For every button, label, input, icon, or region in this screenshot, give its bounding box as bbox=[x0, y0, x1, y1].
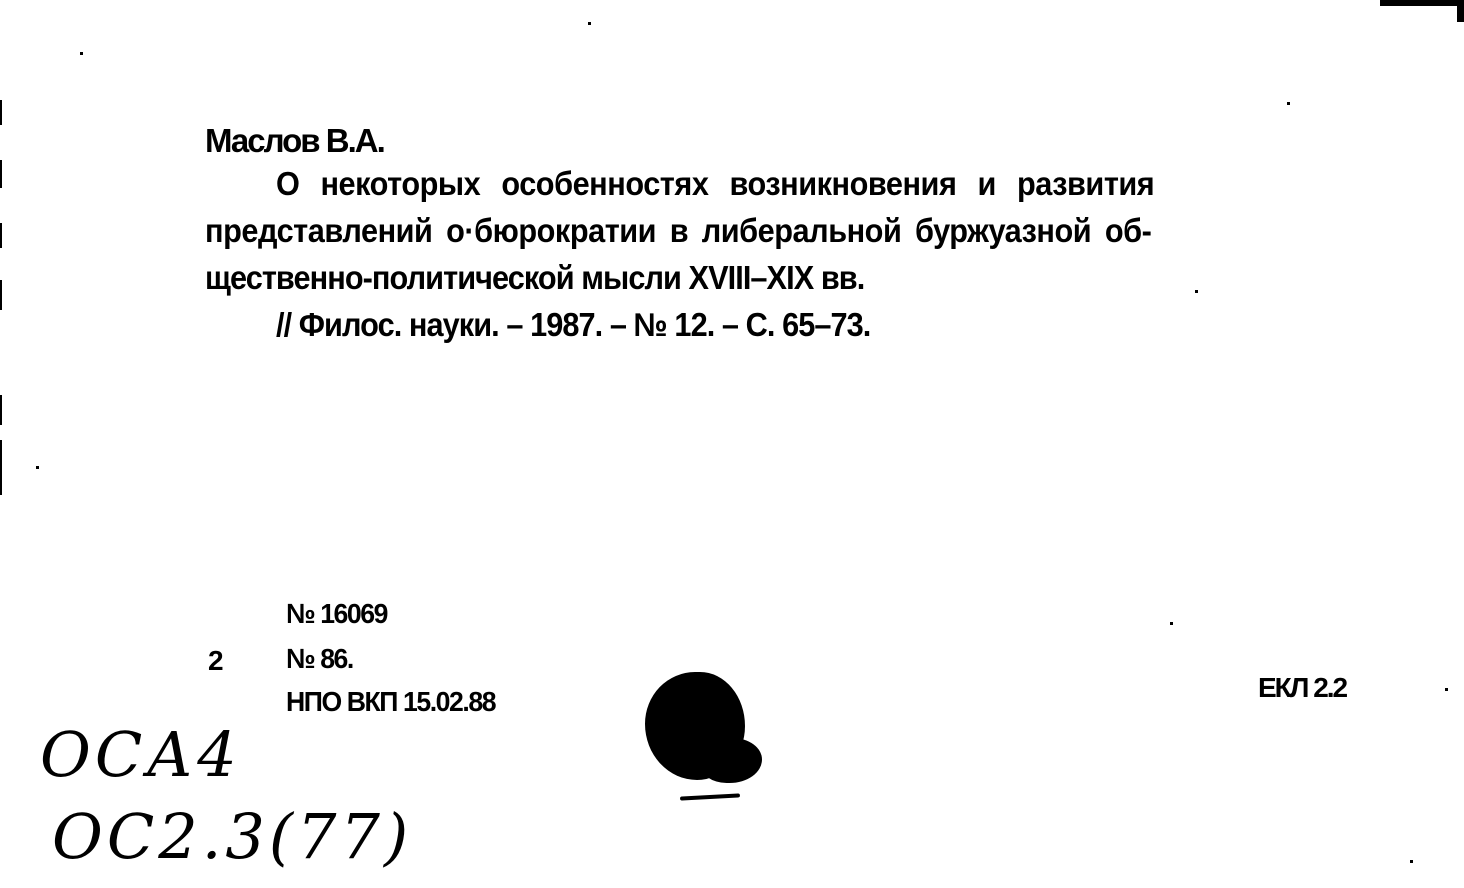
scan-speck bbox=[588, 22, 591, 25]
scan-speck bbox=[36, 466, 39, 469]
ink-blot bbox=[700, 738, 762, 783]
scan-speck bbox=[1170, 622, 1173, 625]
title-line-2: представлений о·бюрократии в либеральной… bbox=[205, 212, 1151, 250]
scan-border-gap bbox=[1457, 22, 1464, 30]
scan-speck bbox=[1410, 860, 1413, 863]
handwritten-shelfmark-2: ОС2.3(77) bbox=[52, 800, 412, 873]
scan-speck bbox=[1445, 688, 1448, 691]
scan-border-left bbox=[0, 440, 2, 495]
scan-border-left bbox=[0, 100, 2, 125]
scan-border-left bbox=[0, 223, 2, 248]
title-line-3: щественно-политической мысли XVIII–XIX в… bbox=[205, 259, 864, 297]
catalog-card: Маслов В.А. О некоторых особенностях воз… bbox=[0, 0, 1464, 888]
classification-code: ЕКЛ 2.2 bbox=[1258, 672, 1346, 704]
title-line-1: О некоторых особенностях возникновения и… bbox=[276, 165, 1154, 203]
ink-smear bbox=[680, 793, 740, 800]
scan-speck bbox=[80, 52, 83, 55]
scan-border-left bbox=[0, 280, 2, 310]
scan-speck bbox=[1195, 290, 1198, 293]
scan-border-left bbox=[0, 395, 2, 425]
author-name: Маслов В.А. bbox=[205, 122, 384, 160]
copies-count: 2 bbox=[208, 645, 223, 677]
issuer-date: НПО ВКП 15.02.88 bbox=[286, 686, 495, 718]
issue-number: № 86. bbox=[286, 643, 353, 675]
registration-number: № 16069 bbox=[286, 598, 387, 630]
source-citation: // Филос. науки. – 1987. – № 12. – С. 65… bbox=[276, 306, 870, 344]
scan-border-top bbox=[1380, 0, 1464, 6]
handwritten-shelfmark-1: ОСА4 bbox=[40, 718, 241, 791]
scan-border-left bbox=[0, 160, 2, 188]
scan-speck bbox=[1287, 102, 1290, 105]
